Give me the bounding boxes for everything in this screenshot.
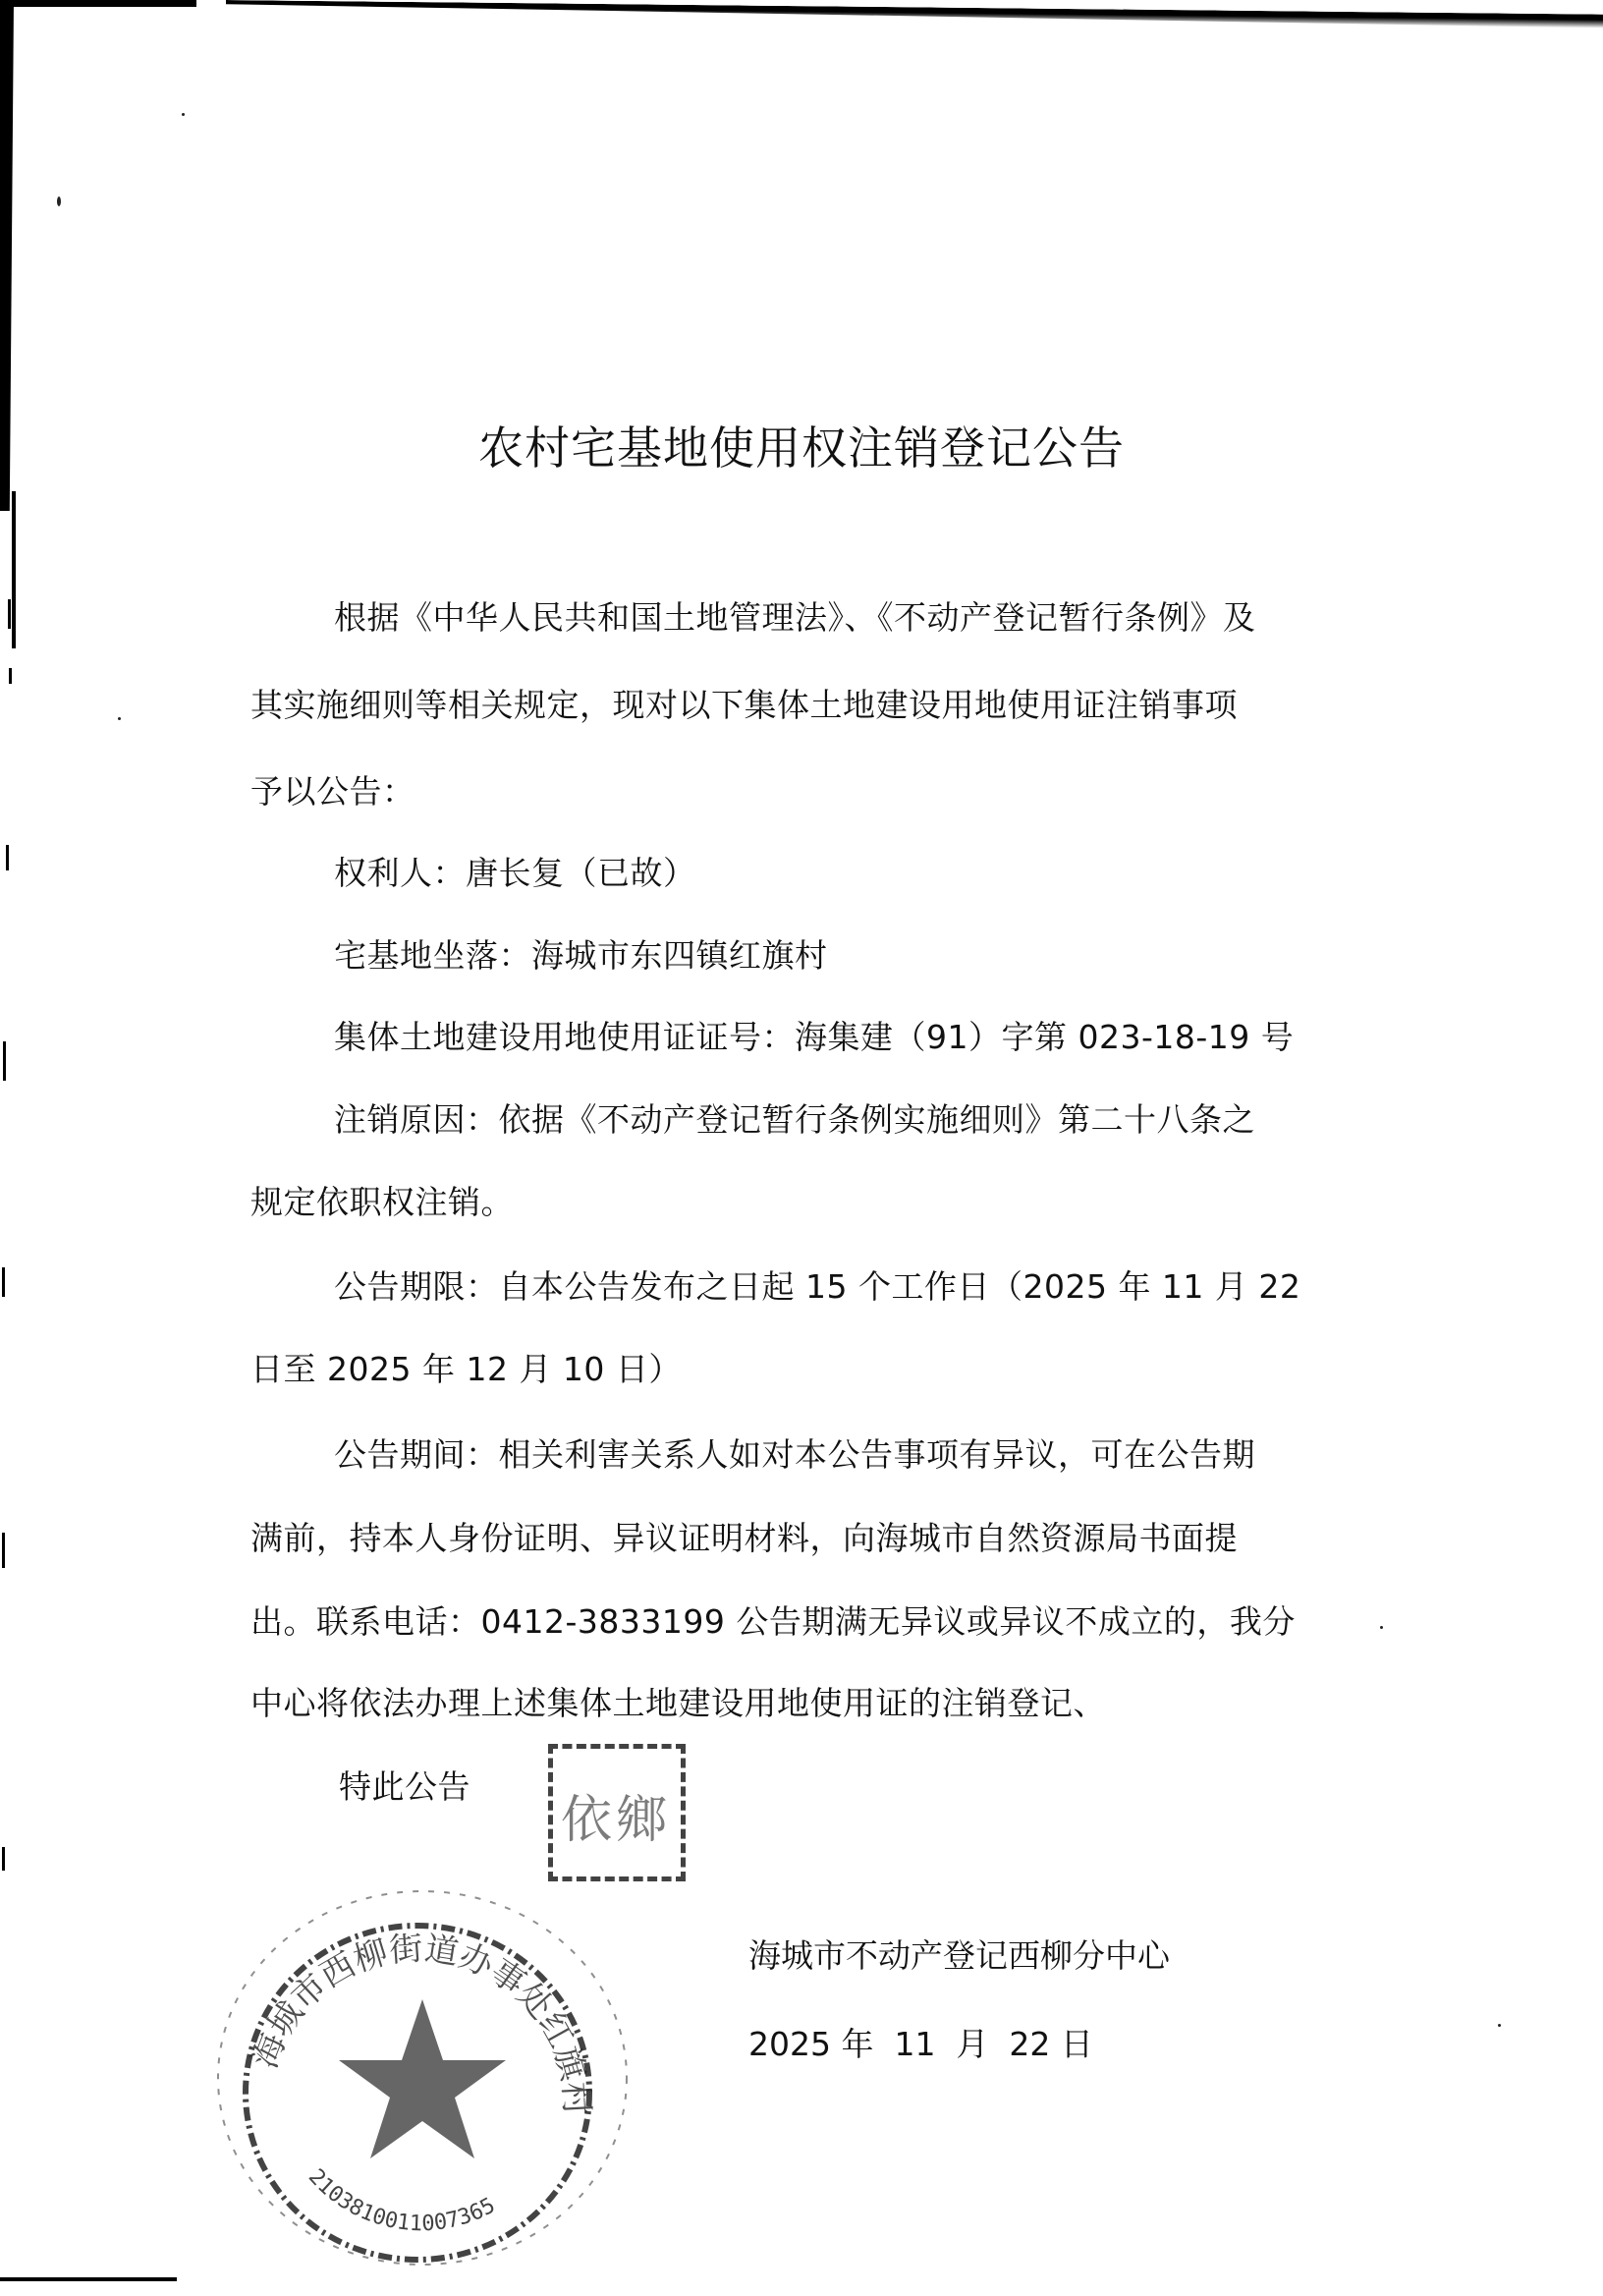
scan-speck <box>1380 1626 1383 1629</box>
objection-paragraph-line: 满前，持本人身份证明、异议证明材料，向海城市自然资源局书面提 <box>250 1513 1238 1559</box>
svg-text:2103810011007365: 2103810011007365 <box>304 2164 500 2236</box>
square-seal-text: 依鄉 <box>561 1778 671 1852</box>
scan-speck <box>182 113 185 116</box>
closing-statement: 特此公告 <box>339 1762 470 1808</box>
scan-edge-artifact <box>2 1533 5 1568</box>
intro-paragraph-line: 其实施细则等相关规定，现对以下集体土地建设用地使用证注销事项 <box>250 680 1238 726</box>
scan-edge-artifact <box>226 0 1603 28</box>
seal-star-icon: 海城市西柳街道办事处红旗村民委员会 2103810011007365 <box>211 1881 634 2284</box>
scan-edge-artifact <box>3 1041 6 1081</box>
square-seal-stamp: 依鄉 <box>548 1744 686 1881</box>
scan-edge-artifact <box>2 1267 5 1297</box>
notice-period-line: 日至 2025 年 12 月 10 日） <box>250 1344 682 1390</box>
scan-edge-artifact <box>2 1847 5 1871</box>
scan-edge-artifact <box>12 491 16 648</box>
scan-speck <box>1498 2024 1501 2027</box>
notice-period-line: 公告期限：自本公告发布之日起 15 个工作日（2025 年 11 月 22 <box>334 1261 1300 1308</box>
scan-speck <box>57 196 61 206</box>
intro-paragraph-line: 根据《中华人民共和国土地管理法》、《不动产登记暂行条例》及 <box>334 592 1256 639</box>
document-title: 农村宅基地使用权注销登记公告 <box>0 413 1603 477</box>
objection-paragraph-line: 出。联系电话：0412-3833199 公告期满无异议或异议不成立的，我分 <box>250 1596 1296 1643</box>
round-official-seal: 海城市西柳街道办事处红旗村民委员会 2103810011007365 <box>211 1881 634 2284</box>
cancellation-reason-line: 注销原因：依据《不动产登记暂行条例实施细则》第二十八条之 <box>334 1094 1255 1141</box>
scanned-document-page: 农村宅基地使用权注销登记公告 根据《中华人民共和国土地管理法》、《不动产登记暂行… <box>0 0 1603 2296</box>
scan-edge-artifact <box>6 845 9 870</box>
objection-paragraph-line: 中心将依法办理上述集体土地建设用地使用证的注销登记、 <box>250 1678 1106 1724</box>
right-holder-field: 权利人：唐长复（已故） <box>334 848 696 894</box>
scan-edge-artifact <box>0 0 196 7</box>
cancellation-reason-line: 规定依职权注销。 <box>250 1177 514 1223</box>
certificate-number-field: 集体土地建设用地使用证证号：海集建（91）字第 023-18-19 号 <box>334 1012 1294 1058</box>
scan-edge-artifact <box>0 2277 177 2281</box>
scan-speck <box>118 717 121 720</box>
intro-paragraph-line: 予以公告： <box>250 766 415 812</box>
location-field: 宅基地坐落：海城市东四镇红旗村 <box>334 930 828 977</box>
issuing-authority: 海城市不动产登记西柳分中心 <box>748 1931 1170 1977</box>
objection-paragraph-line: 公告期间：相关利害关系人如对本公告事项有异议，可在公告期 <box>334 1429 1255 1476</box>
scan-edge-artifact <box>9 668 12 684</box>
scan-edge-artifact <box>8 599 11 629</box>
issue-date: 2025 年 11 月 22 日 <box>748 2019 1093 2065</box>
